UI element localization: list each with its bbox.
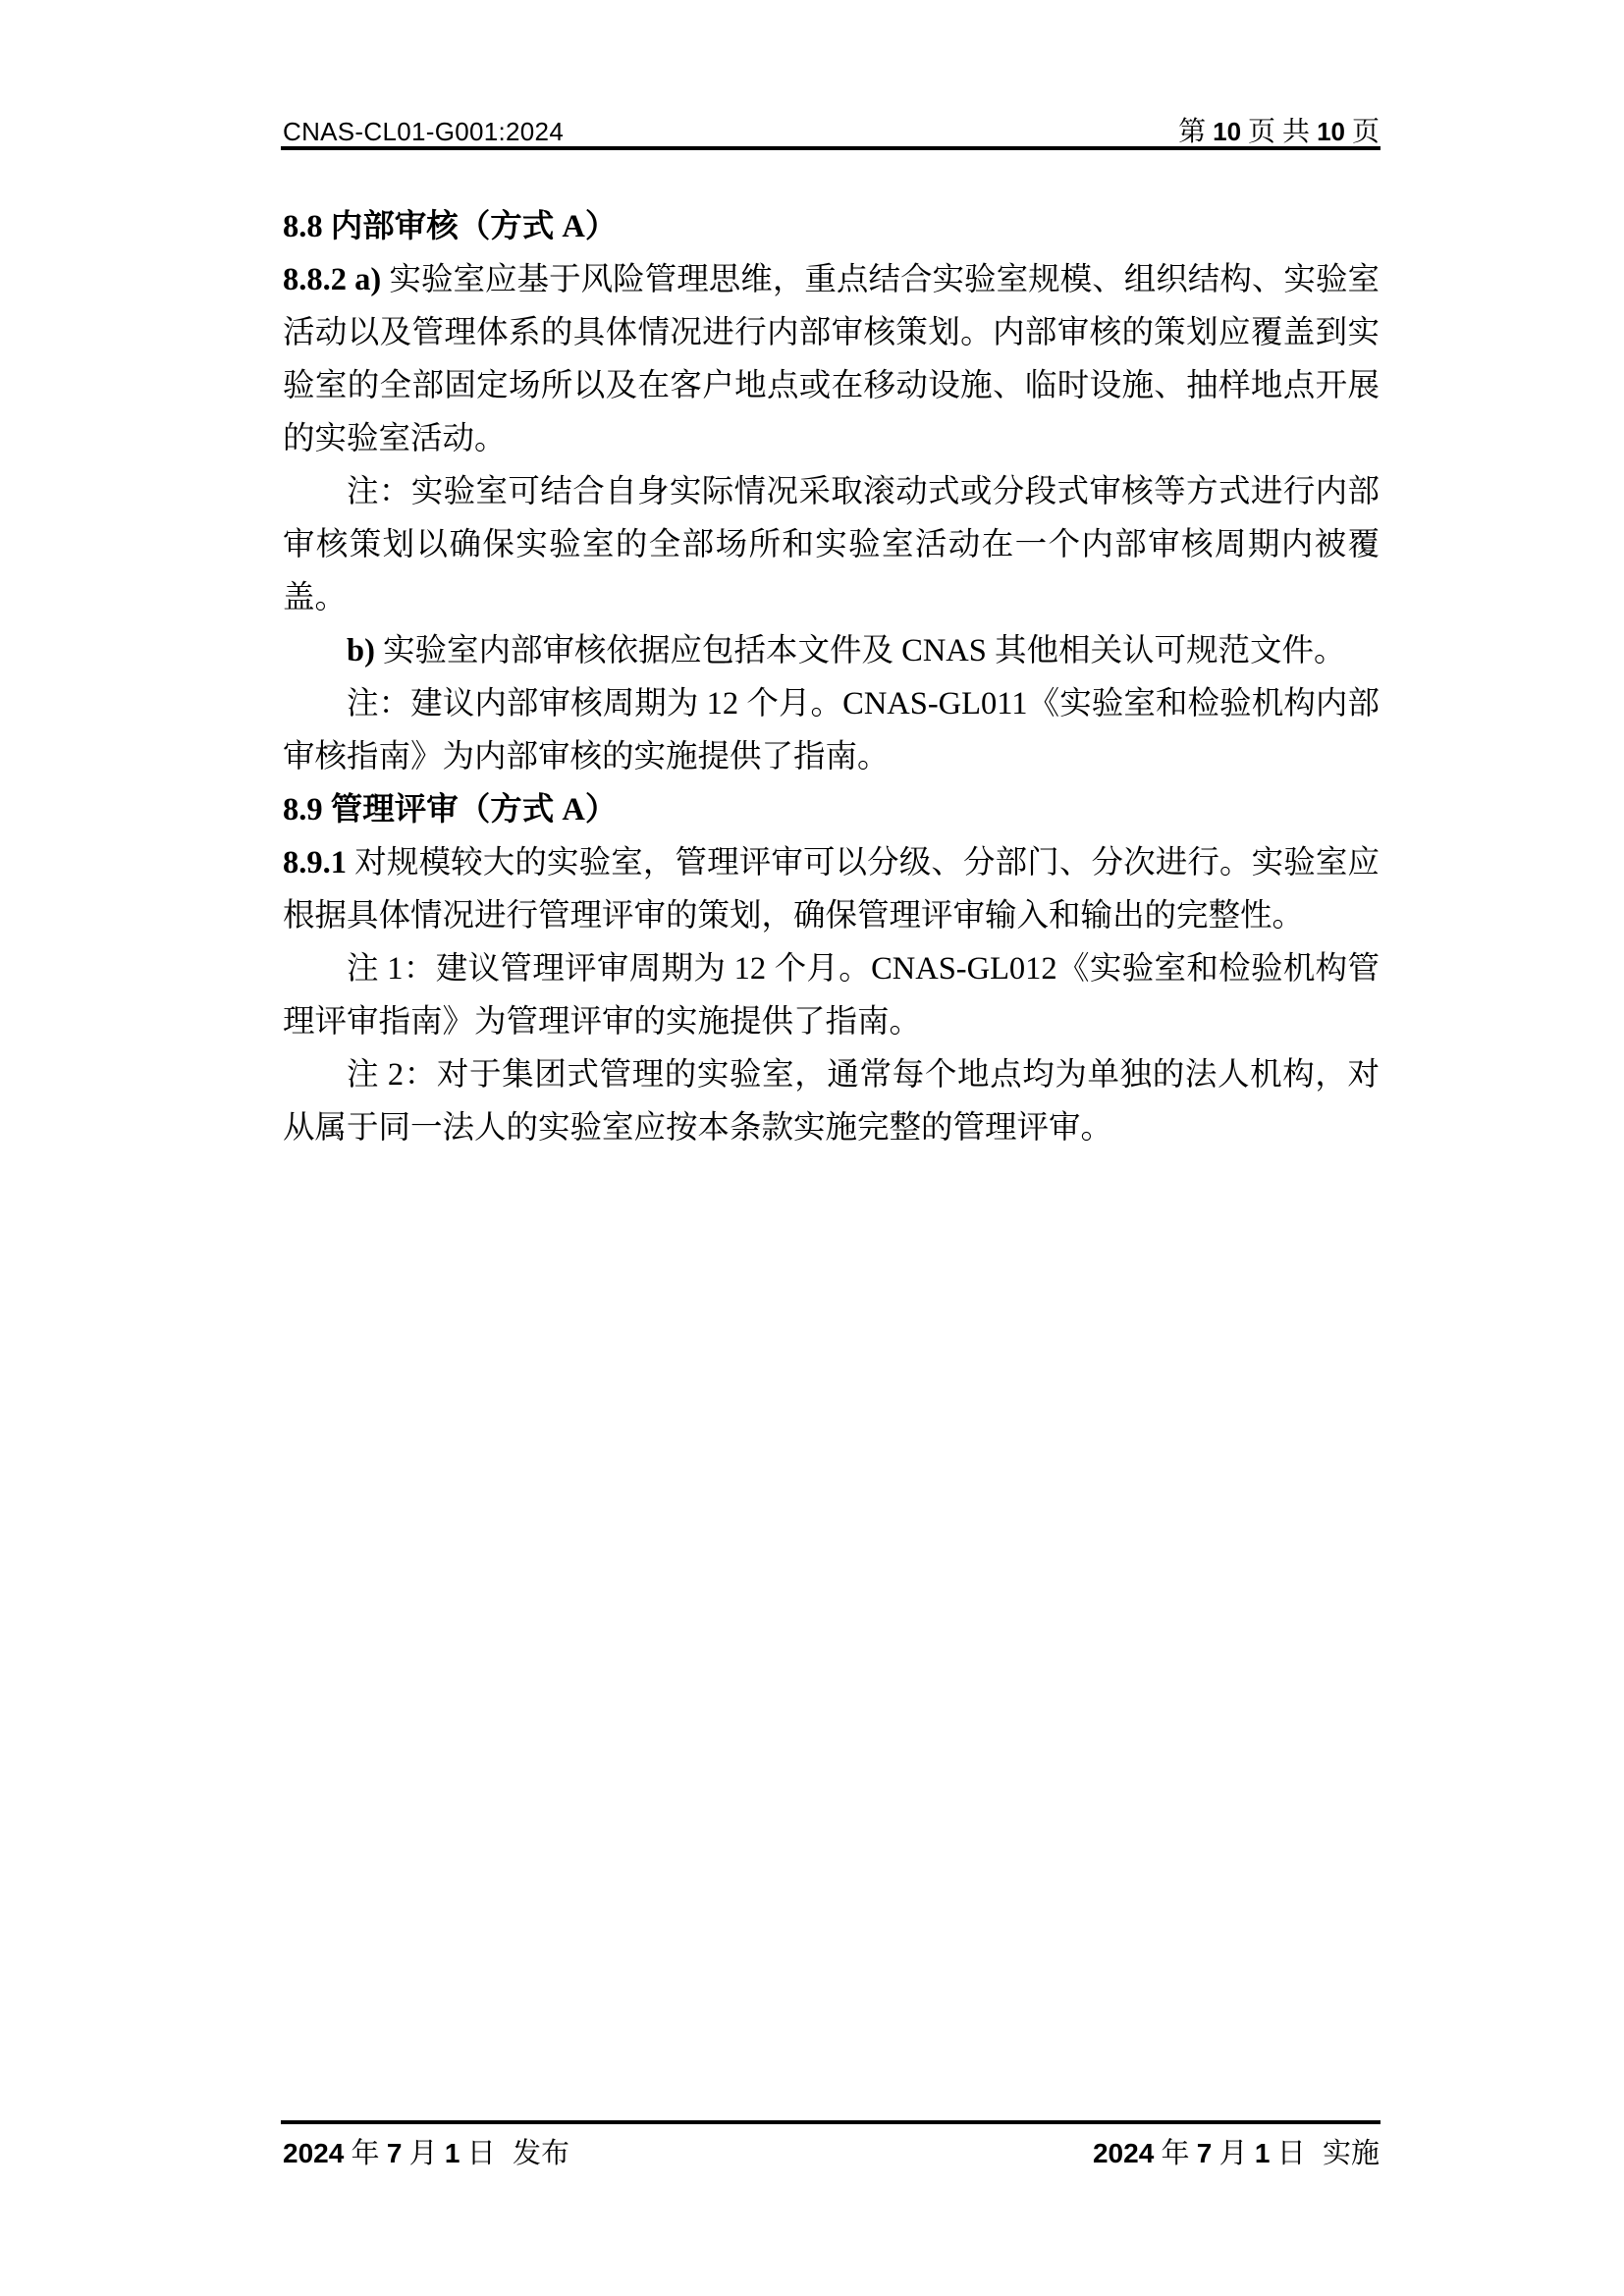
current-page-number: 10 [1213,117,1241,146]
page-word: 第 [1178,117,1206,147]
clause-8-8-2-a: 8.8.2 a) 实验室应基于风险管理思维，重点结合实验室规模、组织结构、实验室… [283,253,1380,465]
month-word: 月 [1219,2138,1248,2169]
clause-text: 实验室应基于风险管理思维，重点结合实验室规模、组织结构、实验室活动以及管理体系的… [283,262,1380,456]
note-text: 注：实验室可结合自身实际情况采取滚动式或分段式审核等方式进行内部审核策划以确保实… [283,474,1380,615]
implementation-label: 实施 [1323,2138,1380,2169]
doc-code: CNAS-CL01-G001:2024 [283,117,564,147]
page-word: 共 [1282,117,1310,147]
note-paragraph: 注：建议内部审核周期为 12 个月。CNAS-GL011《实验室和检验机构内部审… [283,677,1380,783]
section-heading-8-9: 8.9 管理评审（方式 A） [283,783,1380,836]
day-word: 日 [1277,2138,1306,2169]
release-month: 7 [387,2138,403,2168]
release-day: 1 [445,2138,460,2168]
implementation-year: 2024 [1093,2138,1154,2168]
note-text: 注：建议内部审核周期为 12 个月。CNAS-GL011《实验室和检验机构内部审… [283,686,1380,774]
footer-rule [281,2120,1380,2124]
release-label: 发布 [513,2138,569,2169]
page-word: 页 [1352,117,1380,147]
document-body: 8.8 内部审核（方式 A） 8.8.2 a) 实验室应基于风险管理思维，重点结… [283,200,1380,1154]
section-heading-8-8: 8.8 内部审核（方式 A） [283,200,1380,253]
year-word: 年 [1162,2138,1190,2169]
clause-number: 8.8.2 a) [283,262,389,297]
header-rule [281,146,1380,150]
note-text: 注 2：对于集团式管理的实验室，通常每个地点均为单独的法人机构，对从属于同一法人… [283,1057,1380,1146]
note-paragraph: 注：实验室可结合自身实际情况采取滚动式或分段式审核等方式进行内部审核策划以确保实… [283,465,1380,624]
total-page-number: 10 [1317,117,1345,146]
note-2-paragraph: 注 2：对于集团式管理的实验室，通常每个地点均为单独的法人机构，对从属于同一法人… [283,1048,1380,1154]
document-page: CNAS-CL01-G001:2024 第 10 页 共 10 页 8.8 内部… [0,0,1624,2296]
clause-8-8-2-b: b) 实验室内部审核依据应包括本文件及 CNAS 其他相关认可规范文件。 [283,624,1380,677]
release-date: 2024 年 7 月 1 日 发布 [283,2131,569,2171]
page-number-indicator: 第 10 页 共 10 页 [1178,110,1380,149]
clause-8-9-1: 8.9.1 对规模较大的实验室，管理评审可以分级、分部门、分次进行。实验室应根据… [283,836,1380,942]
year-word: 年 [352,2138,380,2169]
clause-number: 8.9.1 [283,845,354,881]
clause-text: 实验室内部审核依据应包括本文件及 CNAS 其他相关认可规范文件。 [383,633,1345,668]
implementation-date: 2024 年 7 月 1 日 实施 [1093,2131,1380,2171]
implementation-month: 7 [1197,2138,1213,2168]
note-text: 注 1：建议管理评审周期为 12 个月。CNAS-GL012《实验室和检验机构管… [283,951,1380,1040]
section-heading-text: 8.9 管理评审（方式 A） [283,792,617,828]
implementation-day: 1 [1255,2138,1271,2168]
day-word: 日 [467,2138,496,2169]
clause-number: b) [347,633,383,668]
section-heading-text: 8.8 内部审核（方式 A） [283,209,617,244]
page-footer: 2024 年 7 月 1 日 发布 2024 年 7 月 1 日 实施 [283,2131,1380,2171]
clause-text: 对规模较大的实验室，管理评审可以分级、分部门、分次进行。实验室应根据具体情况进行… [283,845,1380,934]
month-word: 月 [409,2138,438,2169]
page-word: 页 [1248,117,1275,147]
page-header: CNAS-CL01-G001:2024 第 10 页 共 10 页 [283,110,1380,149]
release-year: 2024 [283,2138,344,2168]
note-1-paragraph: 注 1：建议管理评审周期为 12 个月。CNAS-GL012《实验室和检验机构管… [283,942,1380,1048]
